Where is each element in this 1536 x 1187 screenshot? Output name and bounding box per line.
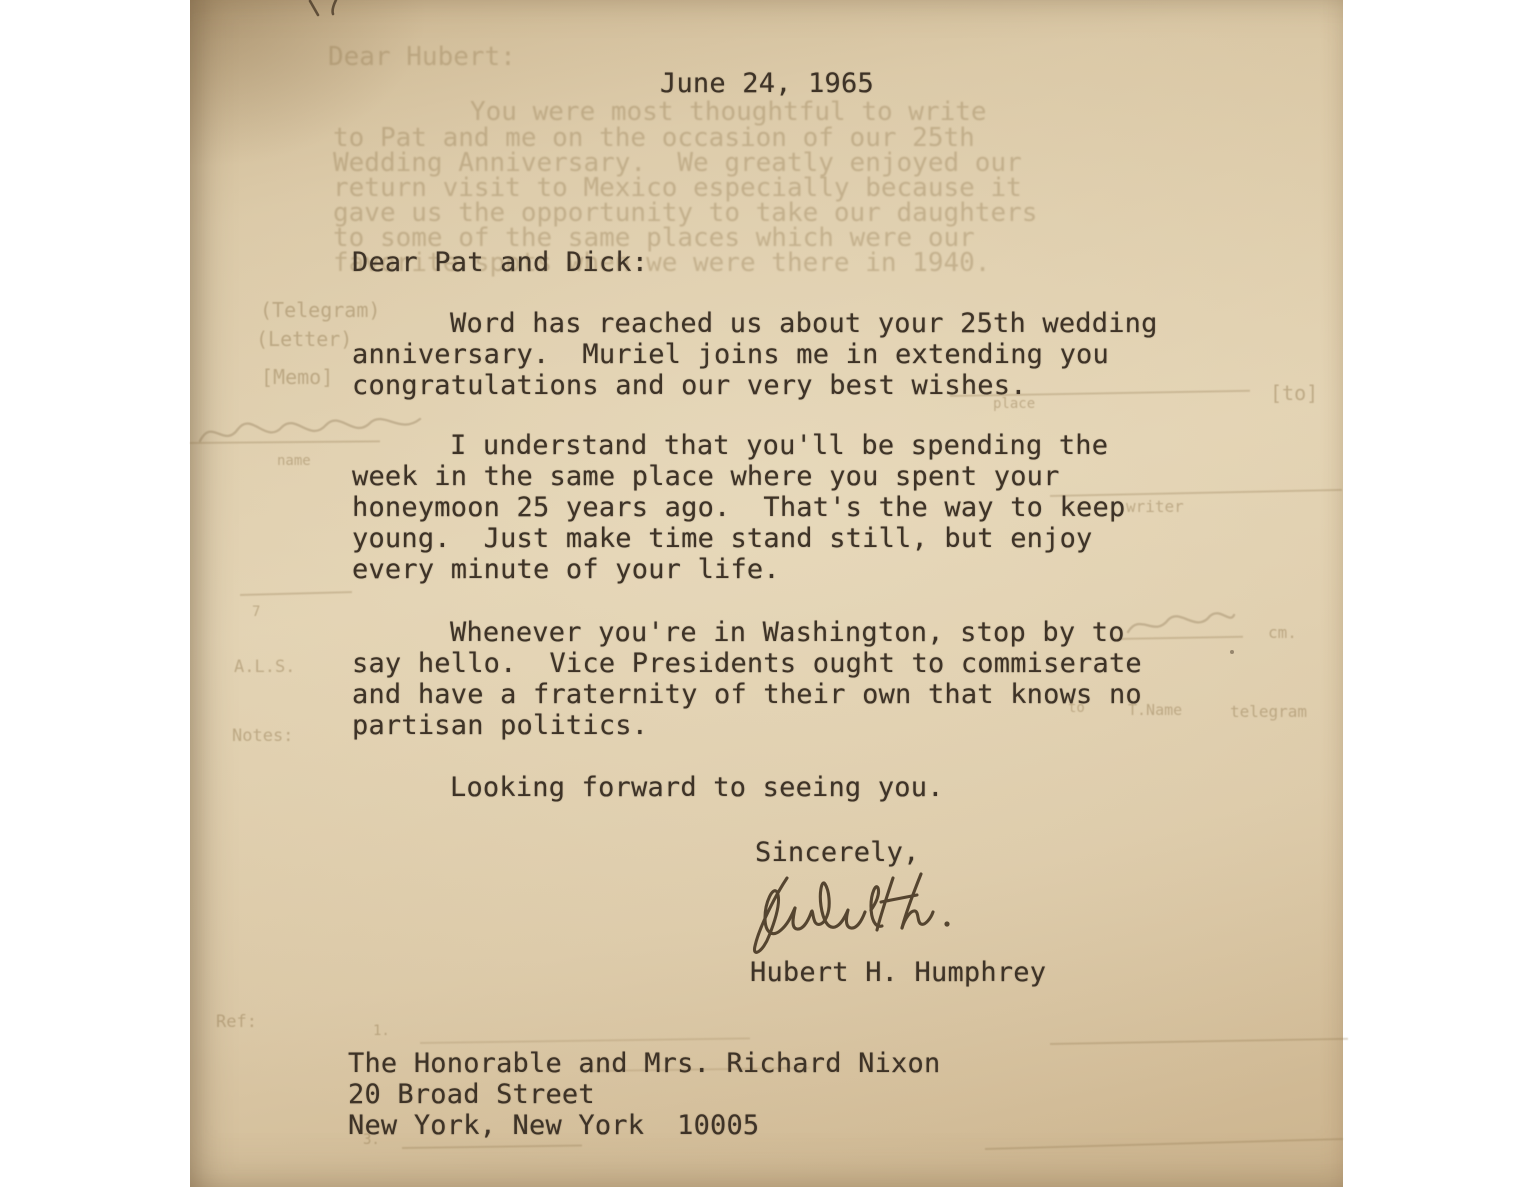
letter-line: week in the same place where you spent y…	[352, 461, 1060, 492]
ghost-label-writer: writer	[1126, 496, 1184, 518]
ghost-label-cm: cm.	[1268, 622, 1297, 644]
ghost-line: You were most thoughtful to write	[470, 100, 987, 125]
letter-line: I understand that you'll be spending the	[450, 430, 1108, 461]
letter-line: congratulations and our very best wishes…	[352, 370, 1027, 401]
letter-line: partisan politics.	[352, 710, 648, 741]
letter-line: Looking forward to seeing you.	[450, 772, 944, 803]
letter-line: anniversary. Muriel joins me in extendin…	[352, 339, 1109, 370]
ghost-rule	[1050, 1038, 1348, 1045]
ghost-label-seven: 7	[252, 605, 260, 620]
letter-photograph: Dear Hubert: You were most thoughtful to…	[190, 0, 1343, 1187]
signature-scrawl	[725, 866, 1025, 970]
ghost-label-letter: (Letter)	[256, 328, 352, 350]
ghost-label-telegram2: telegram	[1230, 701, 1307, 723]
ghost-salutation: Dear Hubert:	[328, 45, 516, 70]
ghost-label-item1: 1.	[373, 1024, 390, 1039]
recipient-line: The Honorable and Mrs. Richard Nixon	[348, 1048, 940, 1079]
torn-top-pen-marks	[302, 0, 362, 18]
ghost-label-memo: [Memo]	[261, 366, 333, 388]
letter-date: June 24, 1965	[660, 68, 874, 99]
ghost-label-to: [to]	[1270, 382, 1318, 404]
ghost-label-als: A.L.S.	[234, 656, 295, 678]
letter-line: Whenever you're in Washington, stop by t…	[450, 617, 1125, 648]
ghost-label-name: name	[277, 454, 311, 469]
ghost-rule	[240, 591, 352, 596]
ghost-rule	[420, 1037, 750, 1044]
letter-salutation: Dear Pat and Dick:	[352, 247, 648, 278]
letter-typed-name: Hubert H. Humphrey	[750, 957, 1046, 988]
letter-line: Word has reached us about your 25th wedd…	[450, 308, 1158, 339]
letter-closing: Sincerely,	[755, 837, 920, 868]
ink-speck	[1230, 650, 1234, 654]
recipient-line: 20 Broad Street	[348, 1079, 595, 1110]
ghost-handwriting-name	[192, 405, 437, 455]
recipient-line: New York, New York 10005	[348, 1110, 759, 1141]
letter-line: and have a fraternity of their own that …	[352, 679, 1142, 710]
ghost-label-ref: Ref:	[216, 1011, 257, 1033]
ghost-rule	[402, 1144, 582, 1149]
ghost-label-notes: Notes:	[232, 725, 293, 747]
letter-line: young. Just make time stand still, but e…	[352, 523, 1093, 554]
letter-line: honeymoon 25 years ago. That's the way t…	[352, 492, 1125, 523]
letter-line: every minute of your life.	[352, 554, 780, 585]
letter-line: say hello. Vice Presidents ought to comm…	[352, 648, 1142, 679]
ghost-label-telegram: (Telegram)	[260, 299, 380, 321]
ghost-rule	[985, 1138, 1343, 1150]
